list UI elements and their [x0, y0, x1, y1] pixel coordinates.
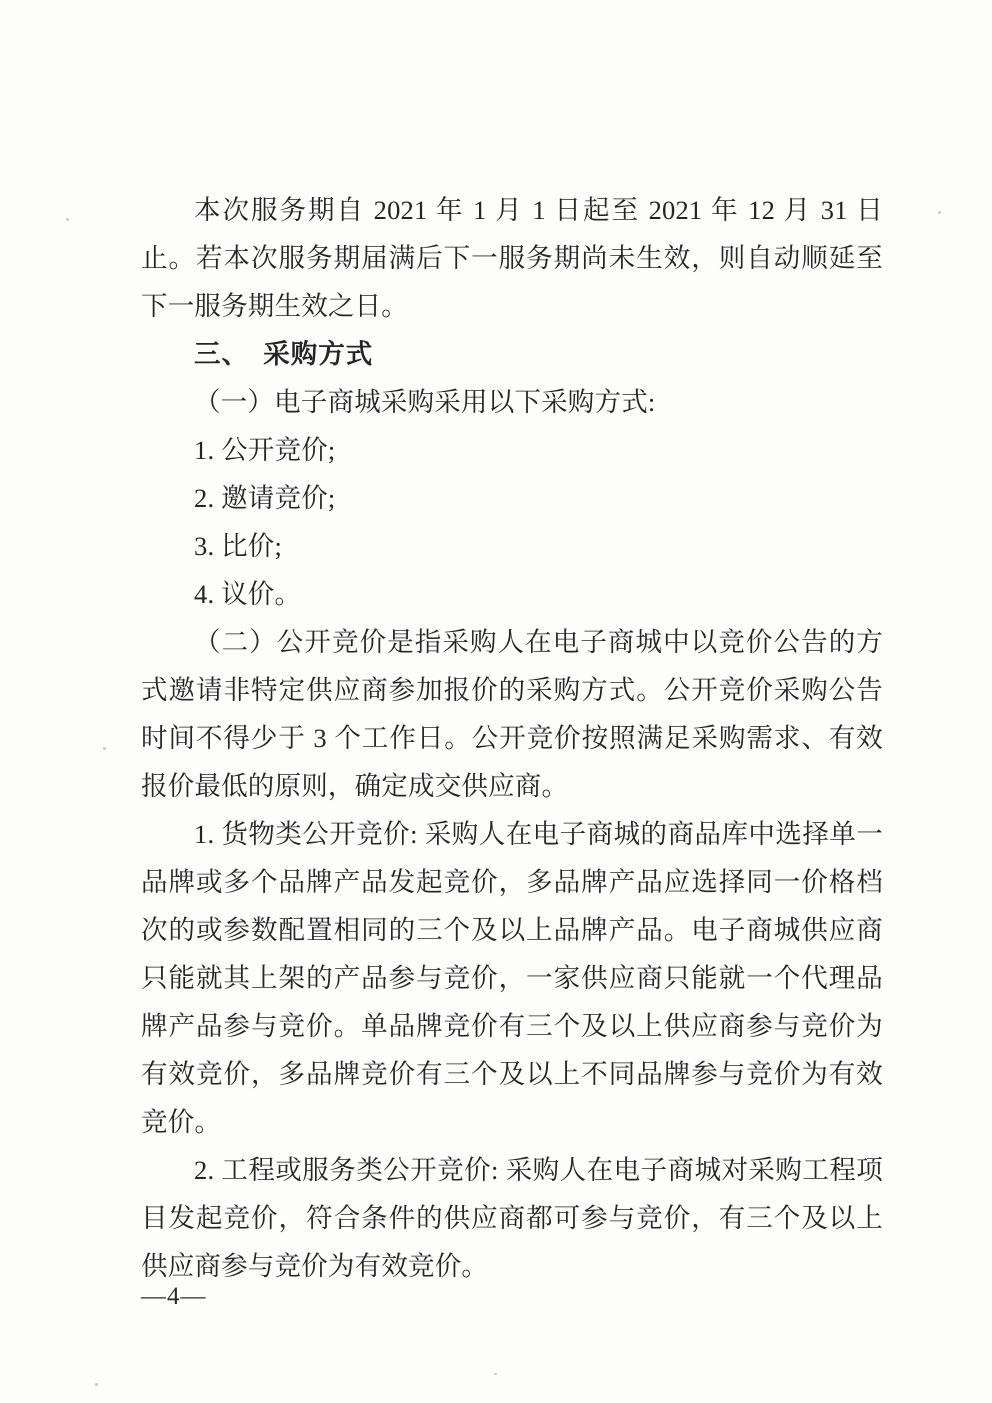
paragraph-service-period: 本次服务期自 2021 年 1 月 1 日起至 2021 年 12 月 31 日… [141, 186, 883, 330]
scan-speck [95, 1383, 98, 1386]
document-page: 本次服务期自 2021 年 1 月 1 日起至 2021 年 12 月 31 日… [0, 0, 992, 1403]
paragraph-open-bidding-definition: （二）公开竞价是指采购人在电子商城中以竞价公告的方式邀请非特定供应商参加报价的采… [141, 618, 883, 810]
document-body: 本次服务期自 2021 年 1 月 1 日起至 2021 年 12 月 31 日… [141, 186, 883, 1290]
list-item-open-bidding: 1. 公开竞价; [141, 426, 883, 474]
paragraph-works-services-open-bidding: 2. 工程或服务类公开竞价: 采购人在电子商城对采购工程项目发起竞价，符合条件的… [141, 1146, 883, 1290]
scan-speck [103, 747, 106, 750]
scan-speck [938, 211, 941, 214]
paragraph-method-intro: （一）电子商城采购采用以下采购方式: [141, 378, 883, 426]
list-item-price-comparison: 3. 比价; [141, 522, 883, 570]
section-heading-procurement-method: 三、 采购方式 [141, 330, 883, 378]
paragraph-goods-open-bidding: 1. 货物类公开竞价: 采购人在电子商城的商品库中选择单一品牌或多个品牌产品发起… [141, 810, 883, 1146]
list-item-invited-bidding: 2. 邀请竞价; [141, 474, 883, 522]
scan-speck [66, 218, 69, 221]
scan-speck [494, 1373, 497, 1375]
list-item-price-negotiation: 4. 议价。 [141, 570, 883, 618]
page-number: —4— [141, 1279, 207, 1315]
